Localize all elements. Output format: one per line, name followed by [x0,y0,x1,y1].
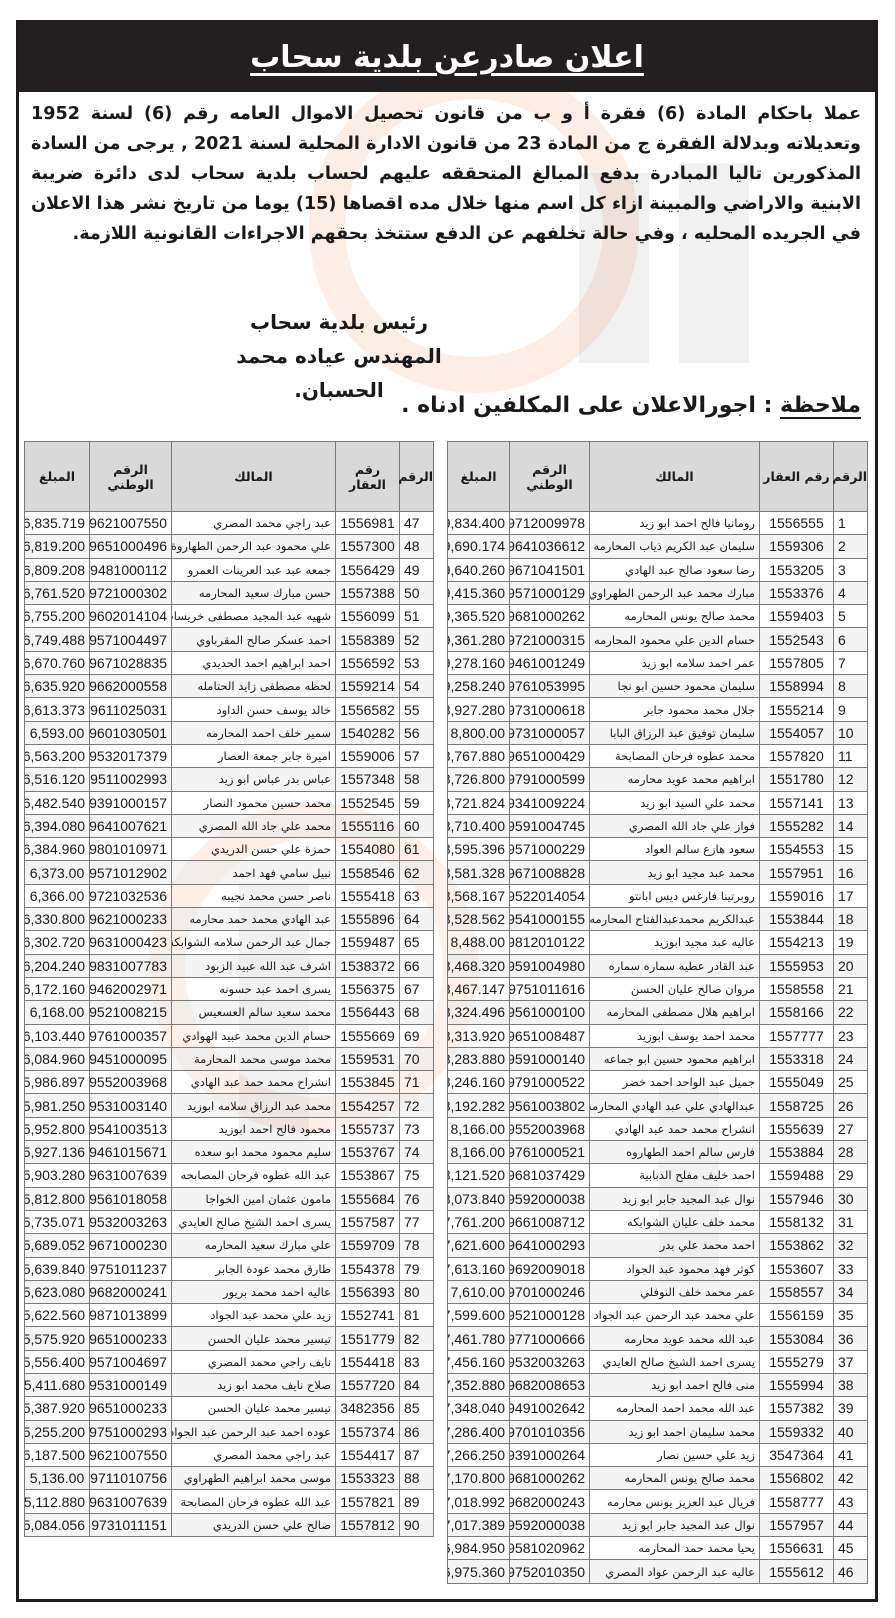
property-number: 1556443 [336,1001,400,1024]
amount: 6,084.960 [25,1047,90,1070]
row-number: 51 [400,605,434,628]
amount: 9,640.260 [448,558,510,581]
property-number: 1555049 [760,1071,834,1094]
amount: 6,563.200 [25,744,90,767]
national-id: 9651008487 [510,1024,590,1047]
property-number: 1556802 [760,1467,834,1490]
property-number: 1557300 [336,535,400,558]
owner-name: يحيا محمد حمد المحارمه [590,1537,760,1560]
amount: 8,166.00 [448,1117,510,1140]
property-number: 1558132 [760,1210,834,1233]
row-number: 7 [834,651,868,674]
owner-name: اميرة جابر جمعة العصار [172,744,336,767]
amount: 6,302.720 [25,931,90,954]
owner-name: فواز علي جاد الله المصري [590,814,760,837]
owner-name: سليمان عبد الكريم ذياب المحارمه [590,535,760,558]
national-id: 9491002642 [510,1397,590,1420]
row-number: 16 [834,861,868,884]
amount: 6,394.080 [25,814,90,837]
row-number: 36 [834,1327,868,1350]
national-id: 9712009978 [510,512,590,535]
property-number: 1559531 [336,1047,400,1070]
table-row: 721554257محمد عبد الرزاق سلامه ابوزيد953… [25,1094,434,1117]
national-id: 9681037429 [510,1164,590,1187]
row-number: 28 [834,1141,868,1164]
amount: 7,456.160 [448,1350,510,1373]
national-id: 9341009224 [510,791,590,814]
national-id: 9561000100 [510,1001,590,1024]
national-id: 9571004697 [90,1350,172,1373]
national-id: 9641000293 [510,1234,590,1257]
amount: 5,986.897 [25,1071,90,1094]
national-id: 9752010350 [510,1560,590,1583]
amount: 6,330.800 [25,908,90,931]
property-number: 1551779 [336,1327,400,1350]
owner-name: مروان صالح عليان الحسن [590,977,760,1000]
amount: 5,622.560 [25,1304,90,1327]
table-header-row: الرقم رقم العقار المالك الرقم الوطني الم… [448,442,868,512]
property-number: 1553844 [760,908,834,931]
row-number: 53 [400,651,434,674]
property-number: 1558725 [760,1094,834,1117]
owner-name: علي مبارك سعيد المحارمه [172,1234,336,1257]
national-id: 9812010122 [510,931,590,954]
national-id: 9391000264 [510,1443,590,1466]
national-id: 9571000129 [510,581,590,604]
row-number: 69 [400,1024,434,1047]
property-number: 1553205 [760,558,834,581]
row-number: 35 [834,1304,868,1327]
national-id: 9592000038 [510,1513,590,1536]
owner-name: حسن مبارك سعيد المحارمه [172,581,336,604]
owner-name: عبد الله عطوه فرحان المصابحه [172,1164,336,1187]
property-number: 1553607 [760,1257,834,1280]
announcement-body: عملا باحكام المادة (6) فقرة أ و ب من قان… [31,99,861,249]
national-id: 9532017379 [90,744,172,767]
owner-name: تيسير محمد عليان الحسن [172,1327,336,1350]
property-number: 1559403 [760,605,834,628]
row-number: 73 [400,1117,434,1140]
national-id: 9801010971 [90,838,172,861]
row-number: 83 [400,1350,434,1373]
table-row: 501557388حسن مبارك سعيد المحارمه97210003… [25,581,434,604]
national-id: 9671041501 [510,558,590,581]
national-id: 9641007621 [90,814,172,837]
owner-name: موسى محمد ابراهيم الطهراوي [172,1467,336,1490]
amount: 7,018.992 [448,1490,510,1513]
amount: 8,283.880 [448,1047,510,1070]
table-row: 191554213عاليه عبد مجيد ابوزيد9812010122… [448,931,868,954]
table-row: 91555214جلال محمد محمود جابر97310006188,… [448,698,868,721]
property-number: 1557382 [760,1397,834,1420]
table-row: 471556981عبد راجي محمد المصري96210075506… [25,512,434,535]
owner-name: فريال عبد العزيز يونس محارمه [590,1490,760,1513]
row-number: 82 [400,1327,434,1350]
owner-name: حسام الدين علي محمود المحارمه [590,628,760,651]
property-number: 1556375 [336,977,400,1000]
national-id: 9531000149 [90,1373,172,1396]
owner-name: جمال عبد الرحمن سلامه الشوابكة [172,931,336,954]
col-header-amount: المبلغ [25,442,90,512]
amount: 5,136.00 [25,1467,90,1490]
row-number: 17 [834,884,868,907]
owner-name: اشرف عبد الله عبيد الزبود [172,954,336,977]
property-number: 1553867 [336,1164,400,1187]
national-id: 9532003263 [510,1350,590,1373]
national-id: 9631000423 [90,931,172,954]
amount: 8,121.520 [448,1164,510,1187]
owner-name: محمد علي السيد ابو زيد [590,791,760,814]
owner-name: سمير خلف احمد المحارمه [172,721,336,744]
row-number: 70 [400,1047,434,1070]
owner-name: محمد خلف عليان الشوابكه [590,1210,760,1233]
national-id: 9531003140 [90,1094,172,1117]
row-number: 5 [834,605,868,628]
amount: 5,387.920 [25,1397,90,1420]
owner-name: تيسير محمد عليان الحسن [172,1397,336,1420]
table-row: 111557820محمد عطوه فرحان المصابحة9651000… [448,744,868,767]
national-id: 9601030501 [90,721,172,744]
property-number: 1557777 [760,1024,834,1047]
property-number: 1558166 [760,1001,834,1024]
national-id: 9721000315 [510,628,590,651]
owner-name: علي محمود عبد الرحمن الطهاروة [172,535,336,558]
owner-name: عبد الله محمد احمد المحارمه [590,1397,760,1420]
property-number: 1558557 [760,1280,834,1303]
table-row: 381555994منى فالح احمد ابو زيد9682008653… [448,1373,868,1396]
col-header-amount: المبلغ [448,442,510,512]
amount: 9,834.400 [448,512,510,535]
owner-name: محمد حسين محمود النصار [172,791,336,814]
national-id: 9461001249 [510,651,590,674]
owner-name: رضا سعود صالح عبد الهادي [590,558,760,581]
national-id: 9621007550 [90,512,172,535]
amount: 6,482.540 [25,791,90,814]
amount: 7,761.200 [448,1210,510,1233]
table-row: 591552545محمد حسين محمود النصار939100015… [25,791,434,814]
table-row: 781559709علي مبارك سعيد المحارمه96710002… [25,1234,434,1257]
national-id: 9771000666 [510,1327,590,1350]
table-row: 81558994سليمان محمود حسين ابو نجا9761053… [448,675,868,698]
national-id: 9561018058 [90,1187,172,1210]
row-number: 24 [834,1047,868,1070]
amount: 7,286.400 [448,1420,510,1443]
owner-name: محمد صالح يونس المحارمه [590,605,760,628]
row-number: 60 [400,814,434,837]
property-number: 1556555 [760,512,834,535]
row-number: 19 [834,931,868,954]
property-number: 1540282 [336,721,400,744]
owner-name: محمد عبد الرزاق سلامه ابوزيد [172,1094,336,1117]
property-number: 1551780 [760,768,834,791]
owner-name: نوال عبد المجيد جابر ابو زيد [590,1187,760,1210]
row-number: 55 [400,698,434,721]
row-number: 56 [400,721,434,744]
table-row: 351556159علي محمد عبد الرحمن عبد الجواد9… [448,1304,868,1327]
amount: 8,467.147 [448,977,510,1000]
property-number: 1554213 [760,931,834,954]
amount: 6,635.920 [25,675,90,698]
amount: 8,568.167 [448,884,510,907]
table-row: 231557777محمد احمد يوسف ابوزيد9651008487… [448,1024,868,1047]
col-header-no: الرقم [400,442,434,512]
row-number: 11 [834,744,868,767]
amount: 6,761.520 [25,581,90,604]
owner-name: ابراهيم هلال مصطفى المحارمه [590,1001,760,1024]
amount: 6,613.373 [25,698,90,721]
owner-name: ابراهيم محمود حسين ابو جماعه [590,1047,760,1070]
row-number: 38 [834,1373,868,1396]
property-number: 3547364 [760,1443,834,1466]
table-row: 481557300علي محمود عبد الرحمن الطهاروة96… [25,535,434,558]
table-row: 661538372اشرف عبد الله عبيد الزبود983100… [25,954,434,977]
amount: 7,461.780 [448,1327,510,1350]
table-row: 551556582خالد يوسف حسن الداود96110250316… [25,698,434,721]
amount: 5,952.800 [25,1117,90,1140]
amount: 6,516.120 [25,768,90,791]
owner-name: احمد خليف مفلح الدبابية [590,1164,760,1187]
row-number: 18 [834,908,868,931]
property-number: 1557951 [760,861,834,884]
owner-name: محمد علي جاد الله المصري [172,814,336,837]
property-number: 1556592 [336,651,400,674]
owner-name: زيد علي حسين نصار [590,1443,760,1466]
table-row: 741553767سليم محمود محمد ابو سعده9461015… [25,1141,434,1164]
national-id: 9721032536 [90,884,172,907]
table-row: 831554418نايف راجي محمد المصري9571004697… [25,1350,434,1373]
amount: 6,755.200 [25,605,90,628]
table-row: 531556592احمد ابراهيم احمد الحديدي967102… [25,651,434,674]
row-number: 90 [400,1513,434,1536]
table-row: 311558132محمد خلف عليان الشوابكه96610087… [448,1210,868,1233]
national-id: 9462002971 [90,977,172,1000]
property-number: 3482356 [336,1397,400,1420]
table-row: 901557812صالح علي حسن الدريدي97310111515… [25,1513,434,1536]
row-number: 8 [834,675,868,698]
national-id: 9662000558 [90,675,172,698]
row-number: 15 [834,838,868,861]
amount: 5,411.680 [25,1373,90,1396]
taxpayers-table-right: الرقم رقم العقار المالك الرقم الوطني الم… [447,441,868,1584]
amount: 7,610.00 [448,1280,510,1303]
row-number: 13 [834,791,868,814]
property-number: 1557957 [760,1513,834,1536]
row-number: 65 [400,931,434,954]
property-number: 1557141 [760,791,834,814]
property-number: 1554417 [336,1443,400,1466]
owner-name: علي محمد عبد الرحمن عبد الجواد [590,1304,760,1327]
property-number: 1559709 [336,1234,400,1257]
property-number: 1555612 [760,1560,834,1583]
national-id: 9761000357 [90,1024,172,1047]
national-id: 9731000057 [510,721,590,744]
table-row: 491556429جمعه عبد عبد العرينات العمرو948… [25,558,434,581]
amount: 8,192.282 [448,1094,510,1117]
row-number: 14 [834,814,868,837]
owner-name: عوده احمد عبد الرحمن عبد الجواد [172,1420,336,1443]
table-row: 391557382عبد الله محمد احمد المحارمه9491… [448,1397,868,1420]
table-row: 141555282فواز علي جاد الله المصري9591004… [448,814,868,837]
national-id: 9611025031 [90,698,172,721]
amount: 9,690.174 [448,535,510,558]
national-id: 9521000128 [510,1304,590,1327]
national-id: 9521008215 [90,1001,172,1024]
table-row: 61552543حسام الدين علي محمود المحارمه972… [448,628,868,651]
owner-name: انشراح محمد حمد عبد الهادي [172,1071,336,1094]
owner-name: محمد صالح يونس المحارمه [590,1467,760,1490]
national-id: 9681000262 [510,1467,590,1490]
table-row: 521558389احمد عسكر صالح المقرباوي9571004… [25,628,434,651]
national-id: 9641036612 [510,535,590,558]
table-row: 201555953عبد القادر عطيه سماره سماره9591… [448,954,868,977]
row-number: 59 [400,791,434,814]
table-row: 761555684مامون عثمان امين الخواجا9561018… [25,1187,434,1210]
owner-name: محمد سعيد سالم العسعيس [172,1001,336,1024]
row-number: 31 [834,1210,868,1233]
amount: 8,721.824 [448,791,510,814]
row-number: 34 [834,1280,868,1303]
table-row: 221558166ابراهيم هلال مصطفى المحارمه9561… [448,1001,868,1024]
table-row: 701559531محمد موسى محمد المحارمة94510000… [25,1047,434,1070]
table-row: 671556375يسرى احمد عبد حسونه94620029716,… [25,977,434,1000]
row-number: 47 [400,512,434,535]
amount: 9,258.240 [448,675,510,698]
table-row: 841557720صلاح نايف محمد ابو زيد953100014… [25,1373,434,1396]
national-id: 9871013899 [90,1304,172,1327]
table-row: 441557957نوال عبد المجيد جابر ابو زيد959… [448,1513,868,1536]
property-number: 1555116 [336,814,400,837]
table-row: 341558557عمر محمد خلف النوفلي97010002467… [448,1280,868,1303]
amount: 5,623.080 [25,1280,90,1303]
owner-name: شهيه عبد المجيد مصطفى خريسات [172,605,336,628]
table-row: 601555116محمد علي جاد الله المصري9641007… [25,814,434,837]
row-number: 79 [400,1257,434,1280]
row-number: 62 [400,861,434,884]
national-id: 9701000246 [510,1280,590,1303]
owner-name: يسرى احمد الشيخ صالح العايدي [172,1210,336,1233]
owner-name: سليمان توفيق عبد الرزاق البابا [590,721,760,744]
property-number: 1559214 [336,675,400,698]
owner-name: سليمان محمود حسين ابو نجا [590,675,760,698]
property-number: 1553884 [760,1141,834,1164]
table-row: 451556631يحيا محمد حمد المحارمه958102096… [448,1537,868,1560]
amount: 5,903.280 [25,1164,90,1187]
property-number: 1556099 [336,605,400,628]
table-row: 581557348عباس بدر عباس ابو زيد9511002993… [25,768,434,791]
owner-name: احمد عسكر صالح المقرباوي [172,628,336,651]
table-row: 291559488احمد خليف مفلح الدبابية96810374… [448,1164,868,1187]
table-row: 271555639انشراح محمد حمد عبد الهادي95520… [448,1117,868,1140]
table-row: 361553084عبد الله محمد عويد محارمه977100… [448,1327,868,1350]
property-number: 1557946 [760,1187,834,1210]
property-number: 1553323 [336,1467,400,1490]
owner-name: خالد يوسف حسن الداود [172,698,336,721]
row-number: 61 [400,838,434,861]
row-number: 52 [400,628,434,651]
amount: 5,575.920 [25,1327,90,1350]
row-number: 89 [400,1490,434,1513]
table-row: 621558546نبيل سامي فهد احمد95710129026,3… [25,861,434,884]
owner-name: يسرى احمد الشيخ صالح العايدي [590,1350,760,1373]
row-number: 54 [400,675,434,698]
amount: 6,749.488 [25,628,90,651]
row-number: 63 [400,884,434,907]
owner-name: جلال محمد محمود جابر [590,698,760,721]
table-row: 631555418ناصر حسن محمد نجيبه97210325366,… [25,884,434,907]
table-row: 561540282سمير خلف احمد المحارمه960103050… [25,721,434,744]
signature-block: رئيس بلدية سحاب المهندس عياده محمد الحسب… [219,305,459,407]
property-number: 1555737 [336,1117,400,1140]
owner-name: عبد القادر عطيه سماره سماره [590,954,760,977]
table-row: 691555669حسام الدين محمد عبيد الهوادي976… [25,1024,434,1047]
announcement-header: اعلان صادرعن بلدية سحاب [19,23,875,92]
national-id: 9571000229 [510,838,590,861]
owner-name: عمر محمد خلف النوفلي [590,1280,760,1303]
amount: 7,613.160 [448,1257,510,1280]
owner-name: يسرى احمد عبد حسونه [172,977,336,1000]
row-number: 32 [834,1234,868,1257]
table-row: 131557141محمد علي السيد ابو زيد934100922… [448,791,868,814]
amount: 8,324.496 [448,1001,510,1024]
property-number: 1558546 [336,861,400,884]
table-row: 331553607كوثر فهد محمود عبد الجواد969200… [448,1257,868,1280]
amount: 6,984.950 [448,1537,510,1560]
table-row: 461555612عاليه عبد الرحمن عواد المصري975… [448,1560,868,1583]
row-number: 42 [834,1467,868,1490]
amount: 7,621.600 [448,1234,510,1257]
owner-name: انشراح محمد حمد عبد الهادي [590,1117,760,1140]
table-row: 371555279يسرى احمد الشيخ صالح العايدي953… [448,1350,868,1373]
table-row: 31553205رضا سعود صالح عبد الهادي96710415… [448,558,868,581]
table-row: 171559016روبرتينا فارغس ديس ابانتو952201… [448,884,868,907]
row-number: 25 [834,1071,868,1094]
row-number: 48 [400,535,434,558]
national-id: 9571012902 [90,861,172,884]
property-number: 1556631 [760,1537,834,1560]
national-id: 9621000233 [90,908,172,931]
owner-name: عمر احمد سلامه ابو زيد [590,651,760,674]
row-number: 68 [400,1001,434,1024]
property-number: 1557805 [760,651,834,674]
property-number: 1553845 [336,1071,400,1094]
table-row: 431558777فريال عبد العزيز يونس محارمه968… [448,1490,868,1513]
property-number: 1554378 [336,1257,400,1280]
national-id: 9451000095 [90,1047,172,1070]
national-id: 9651000233 [90,1397,172,1420]
owner-name: محمد سليمان احمد ابو زيد [590,1420,760,1443]
national-id: 9761000521 [510,1141,590,1164]
amount: 6,373.00 [25,861,90,884]
table-header-row: الرقم رقم العقار المالك الرقم الوطني الم… [25,442,434,512]
national-id: 9791000599 [510,768,590,791]
property-number: 1559488 [760,1164,834,1187]
property-number: 1553318 [760,1047,834,1070]
national-id: 9682000241 [90,1280,172,1303]
row-number: 49 [400,558,434,581]
owner-name: زيد علي محمد عبد الجواد [172,1304,336,1327]
row-number: 46 [834,1560,868,1583]
table-row: 771557587يسرى احمد الشيخ صالح العايدي953… [25,1210,434,1233]
property-number: 1558389 [336,628,400,651]
col-header-no: الرقم [834,442,868,512]
owner-name: روبرتينا فارغس ديس ابانتو [590,884,760,907]
col-header-owner: المالك [172,442,336,512]
owner-name: محمد احمد يوسف ابوزيد [590,1024,760,1047]
owner-name: عاليه عبد الرحمن عواد المصري [590,1560,760,1583]
table-row: 121551780ابراهيم محمد عويد محارمه9791000… [448,768,868,791]
amount: 7,599.600 [448,1304,510,1327]
national-id: 9651000233 [90,1327,172,1350]
